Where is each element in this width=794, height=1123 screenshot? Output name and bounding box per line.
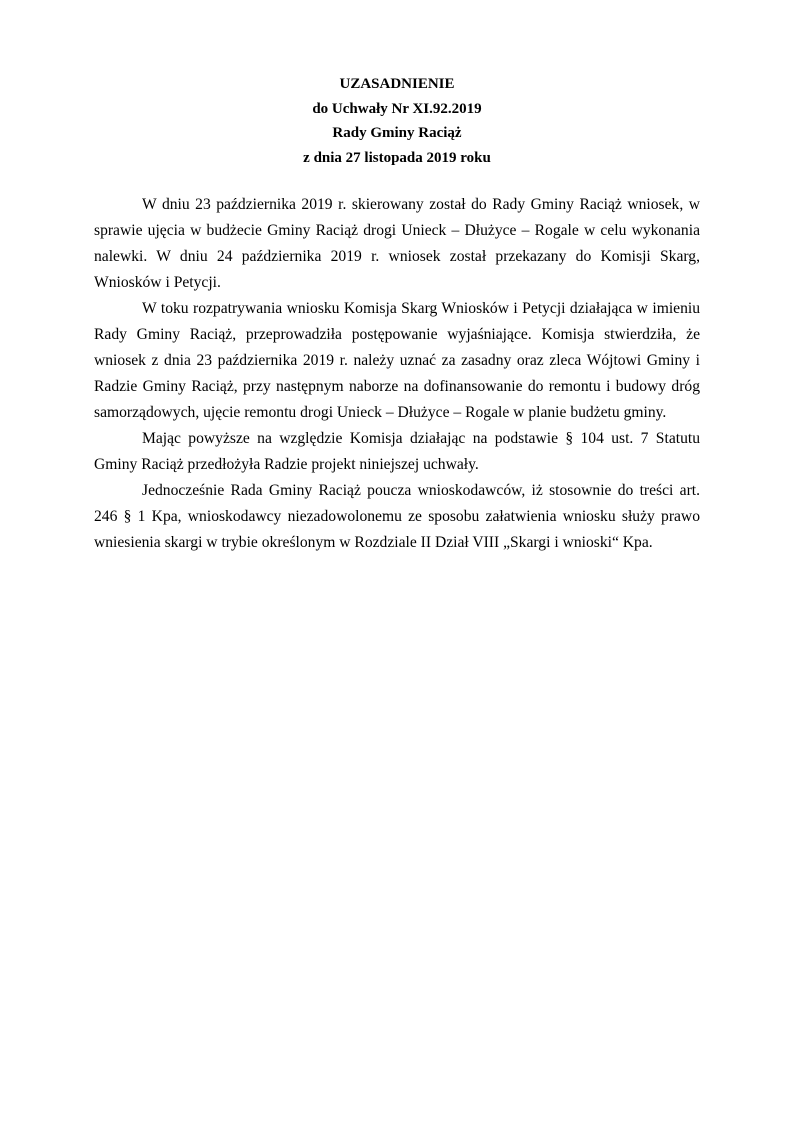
resolution-date: z dnia 27 listopada 2019 roku — [94, 146, 700, 171]
paragraph-request: W dniu 23 października 2019 r. skierowan… — [94, 192, 700, 296]
heading-spacer — [94, 170, 700, 192]
paragraph-legal-basis: Mając powyższe na względzie Komisja dzia… — [94, 426, 700, 478]
paragraph-commission-review: W toku rozpatrywania wniosku Komisja Ska… — [94, 296, 700, 426]
council-name: Rady Gminy Raciąż — [94, 121, 700, 146]
paragraph-complaint-instruction: Jednocześnie Rada Gminy Raciąż poucza wn… — [94, 478, 700, 556]
document-page: UZASADNIENIE do Uchwały Nr XI.92.2019 Ra… — [94, 72, 700, 556]
resolution-number: do Uchwały Nr XI.92.2019 — [94, 97, 700, 122]
document-title: UZASADNIENIE — [94, 72, 700, 97]
